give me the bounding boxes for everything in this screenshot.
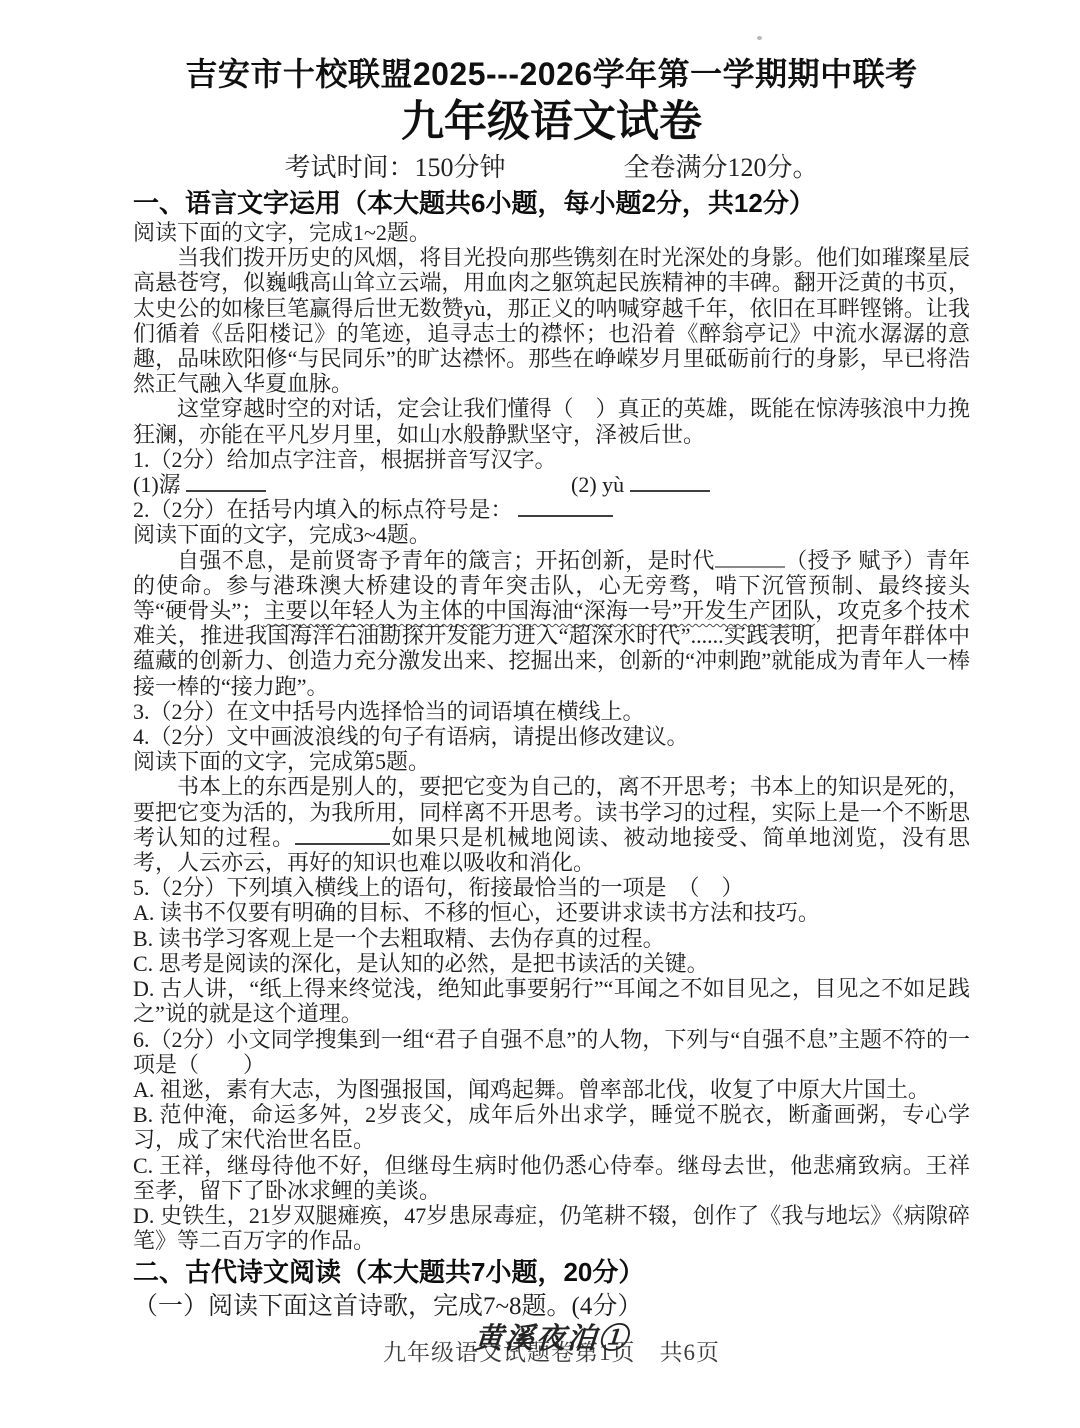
question-1-part-1-blank (186, 473, 266, 492)
section2-heading: 二、古代诗文阅读（本大题共7小题，20分） (133, 1256, 970, 1289)
passage-2-blank (715, 549, 785, 568)
question-5-option-c: C. 思考是阅读的深化，是认知的必然，是把书读活的关键。 (133, 951, 970, 976)
passage-2-wavy-sentence: 主要以年轻人为主体的中国海油“深海一号”开发生产团队 (263, 598, 815, 623)
section1-heading: 一、语言文字运用（本大题共6小题，每小题2分，共12分） (133, 187, 970, 220)
question-1-part-1-label: (1)潺 (133, 472, 181, 497)
passage-1-para-2: 这堂穿越时空的对话，定会让我们懂得（ ）真正的英雄，既能在惊涛骇浪中力挽狂澜，亦… (133, 396, 970, 446)
question-5-stem: 5.（2分）下列填入横线上的语句，衔接最恰当的一项是 （ ） (133, 875, 970, 900)
question-6-stem: 6.（2分）小文同学搜集到一组“君子自强不息”的人物，下列与“自强不息”主题不符… (133, 1027, 970, 1077)
passage-2: 自强不息，是前贤寄予青年的箴言；开拓创新，是时代（授予 赋予）青年的使命。参与港… (133, 548, 970, 699)
section2-part1-heading: （一）阅读下面这首诗歌，完成7~8题。(4分） (133, 1291, 970, 1322)
question-2-blank (518, 498, 613, 517)
question-1-part-1: (1)潺 (133, 472, 571, 497)
question-2-row: 2.（2分）在括号内填入的标点符号是： (133, 497, 970, 522)
scan-artifact-dot (757, 36, 762, 40)
question-2-stem: 2.（2分）在括号内填入的标点符号是： (133, 497, 513, 522)
question-6-option-c: C. 王祥，继母待他不好，但继母生病时他仍悉心侍奉。继母去世，他悲痛致病。王祥至… (133, 1153, 970, 1203)
page-content: 吉安市十校联盟2025---2026学年第一学期期中联考 九年级语文试卷 考试时… (0, 0, 1080, 1368)
question-6-option-b: B. 范仲淹，命运多舛，2岁丧父，成年后外出求学，睡觉不脱衣，断齑画粥，专心学习… (133, 1102, 970, 1152)
total-score-label: 全卷满分120分。 (624, 153, 819, 182)
question-5-option-b: B. 读书学习客观上是一个去粗取精、去伪存真的过程。 (133, 926, 970, 951)
question-1-part-2-label: (2) yù (571, 472, 624, 497)
question-1-part-2: (2) yù (571, 472, 710, 497)
question-6-option-a: A. 祖逖，素有大志，为图强报国，闻鸡起舞。曾率部北伐，收复了中原大片国土。 (133, 1077, 970, 1102)
question-5-option-d: D. 古人讲，“纸上得来终觉浅，绝知此事要躬行”“耳闻之不如目见之，目见之不如足… (133, 976, 970, 1026)
exam-paper-page: 吉安市十校联盟2025---2026学年第一学期期中联考 九年级语文试卷 考试时… (0, 0, 1080, 1428)
question-4-stem: 4.（2分）文中画波浪线的句子有语病，请提出修改建议。 (133, 724, 970, 749)
passage-2-seg-1: 自强不息，是前贤寄予青年的箴言；开拓创新，是时代 (177, 548, 715, 573)
question-3-stem: 3.（2分）在文中括号内选择恰当的词语填在横线上。 (133, 699, 970, 724)
reading-intro-1: 阅读下面的文字，完成1~2题。 (133, 220, 970, 245)
question-6-option-d: D. 史铁生，21岁双腿瘫痪，47岁患尿毒症，仍笔耕不辍，创作了《我与地坛》《病… (133, 1203, 970, 1253)
passage-3: 书本上的东西是别人的，要把它变为自己的，离不开思考；书本上的知识是死的，要把它变… (133, 774, 970, 875)
question-1-part-2-blank (630, 473, 710, 492)
reading-intro-3: 阅读下面的文字，完成第5题。 (133, 749, 970, 774)
paper-title: 九年级语文试卷 (133, 96, 970, 148)
reading-intro-2: 阅读下面的文字，完成3~4题。 (133, 522, 970, 547)
question-1-blanks-row: (1)潺 (2) yù (133, 472, 970, 497)
poem-title: 黄溪夜泊① (132, 1324, 971, 1354)
passage-3-blank (295, 826, 390, 845)
exam-info-line: 考试时间：150分钟 全卷满分120分。 (133, 151, 970, 185)
question-1-stem: 1.（2分）给加点字注音，根据拼音写汉字。 (133, 447, 970, 472)
passage-1-para-1: 当我们拨开历史的风烟，将目光投向那些镌刻在时光深处的身影。他们如璀璨星辰高悬苍穹… (133, 245, 970, 396)
exam-time-label: 考试时间：150分钟 (284, 153, 505, 182)
question-5-option-a: A. 读书不仅要有明确的目标、不移的恒心，还要讲求读书方法和技巧。 (133, 900, 970, 925)
exam-title: 吉安市十校联盟2025---2026学年第一学期期中联考 (133, 54, 970, 94)
